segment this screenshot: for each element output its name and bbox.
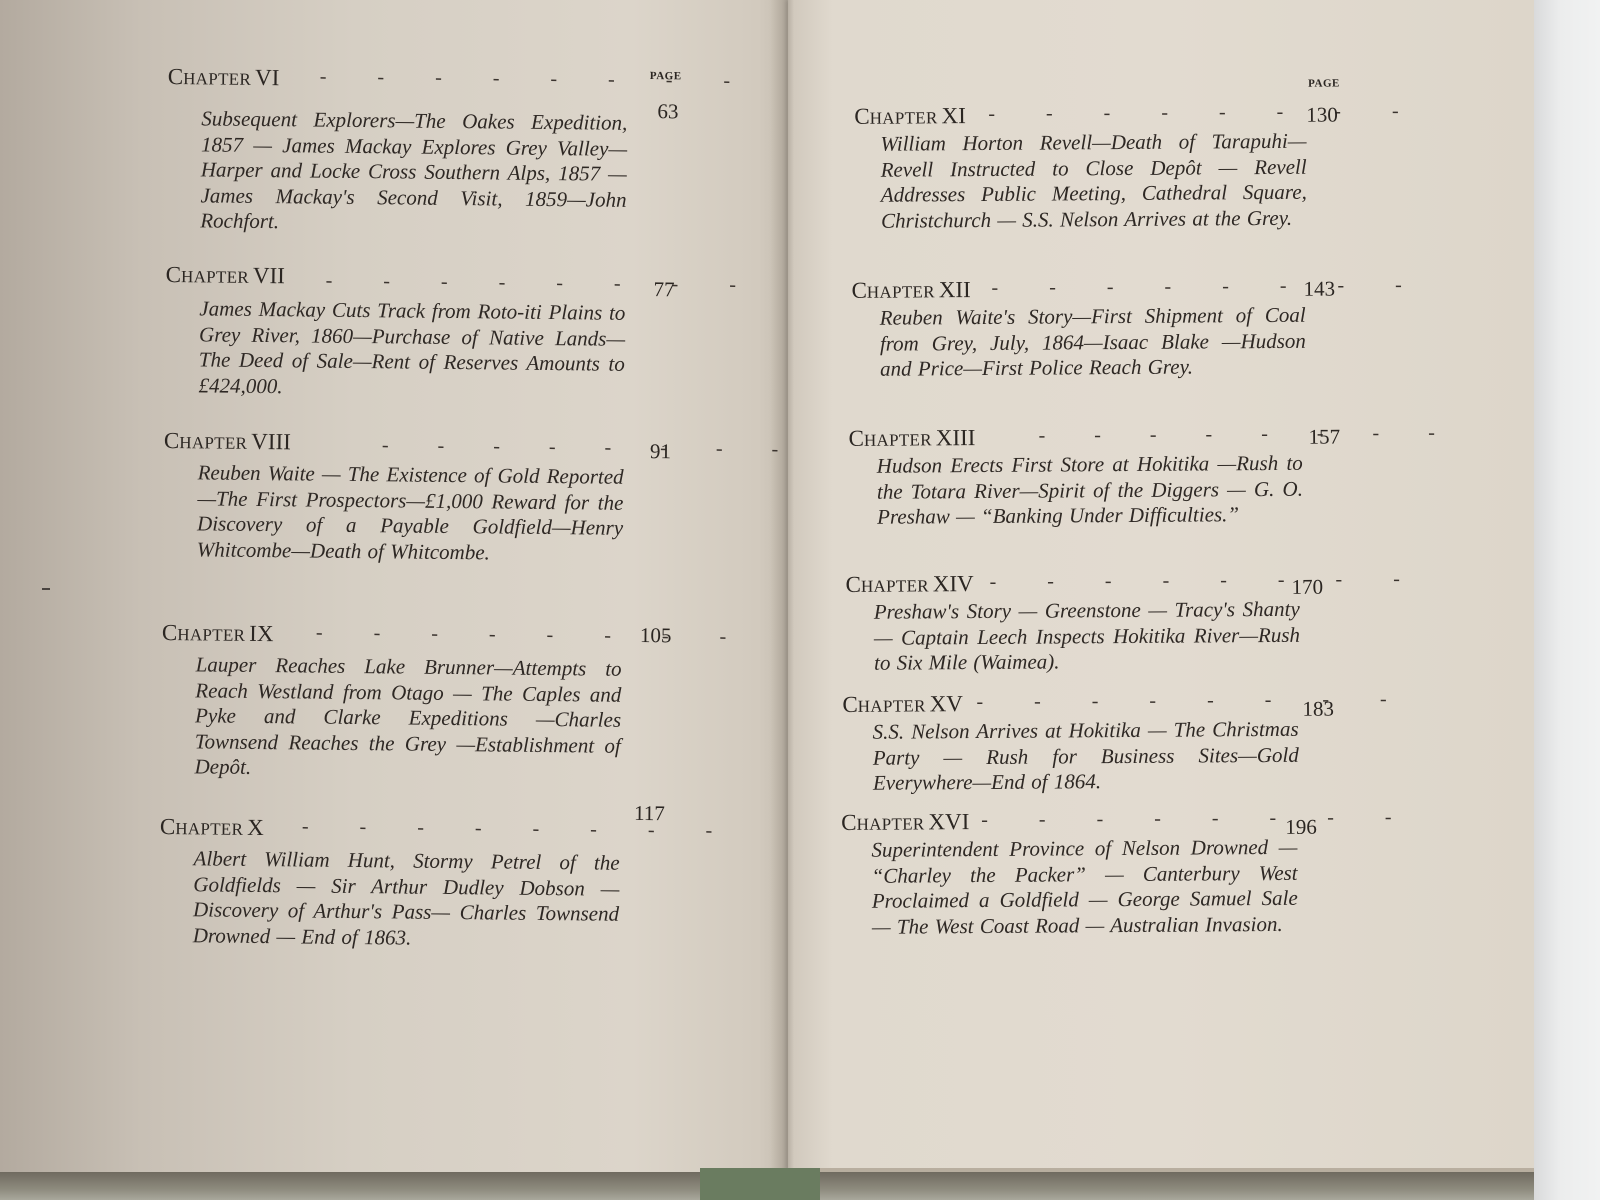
toc-entry-chapter-xiv[interactable]: CHAPTERXIV - - - - - - - - 170 Preshaw's…	[845, 568, 1366, 676]
book-gutter	[770, 0, 794, 1170]
toc-entry-chapter-xi[interactable]: CHAPTERXI - - - - - - - - 130 William Ho…	[854, 100, 1375, 234]
dot-leader: - - - - - - - -	[1038, 422, 1456, 448]
toc-entry-chapter-x[interactable]: CHAPTERX - - - - - - - - 117 Albert Will…	[159, 814, 680, 953]
dot-leader: - - - - - - - -	[981, 806, 1414, 832]
chapter-summary: Reuben Waite's Story—First Shipment of C…	[880, 303, 1307, 382]
chapter-heading: CHAPTERXVI	[841, 809, 969, 836]
chapter-summary: Superintendent Province of Nelson Drowne…	[871, 835, 1298, 940]
page-number: 91	[650, 439, 671, 464]
page-number: 157	[1308, 425, 1340, 450]
chapter-heading: CHAPTERXV	[842, 691, 963, 718]
chapter-heading: CHAPTERIX	[162, 620, 274, 647]
chapter-heading: CHAPTERXI	[854, 103, 966, 130]
page-column-label: PAGE	[1308, 74, 1340, 91]
chapter-heading: CHAPTERXIV	[845, 571, 973, 598]
page-number: 77	[653, 277, 674, 302]
toc-entry-chapter-ix[interactable]: CHAPTERIX - - - - - - - - 105 Lauper Rea…	[160, 620, 682, 785]
dot-leader: - - - - - - - -	[326, 270, 759, 298]
page-number: 117	[634, 801, 665, 826]
page-mark	[42, 588, 50, 590]
chapter-heading: CHAPTERVIII	[164, 428, 291, 455]
chapter-heading: CHAPTERVI	[168, 64, 280, 91]
chapter-summary: Hudson Erects First Store at Hokitika —R…	[877, 451, 1304, 530]
chapter-heading: CHAPTERVII	[166, 262, 285, 289]
page-number: 170	[1292, 575, 1324, 600]
chapter-summary: Subsequent Explorers—The Oakes Expeditio…	[200, 106, 627, 238]
toc-entry-chapter-xvi[interactable]: CHAPTERXVI - - - - - - - - 196 Superinte…	[841, 806, 1362, 940]
chapter-heading: CHAPTERXIII	[848, 425, 975, 452]
dot-leader: - - - - - - - -	[991, 274, 1424, 300]
dot-leader: - - - - - - - -	[988, 100, 1421, 126]
page-number: 63	[657, 99, 678, 124]
chapter-summary: Lauper Reaches Lake Brunner—Attempts to …	[194, 652, 621, 784]
toc-entry-chapter-xv[interactable]: CHAPTERXV - - - - - - - - 183 S.S. Nelso…	[842, 688, 1363, 796]
dot-leader: - - - - - - - -	[302, 815, 735, 843]
toc-entry-chapter-xiii[interactable]: CHAPTERXIII - - - - - - - - 157 Hudson E…	[848, 422, 1369, 530]
chapter-summary: S.S. Nelson Arrives at Hokitika — The Ch…	[873, 717, 1300, 796]
dot-leader: - - - - - - - -	[316, 622, 749, 650]
chapter-summary: James Mackay Cuts Track from Roto-iti Pl…	[198, 296, 625, 402]
page-number: 130	[1306, 103, 1338, 128]
chapter-summary: Reuben Waite — The Existence of Gold Rep…	[197, 460, 624, 566]
background-surface	[1534, 0, 1600, 1200]
page-number: 183	[1302, 697, 1334, 722]
toc-entry-chapter-viii[interactable]: CHAPTERVIII - - - - - - - - 91 Reuben Wa…	[163, 428, 684, 567]
book-cover-cloth	[700, 1168, 820, 1200]
toc-entry-chapter-xii[interactable]: CHAPTERXII - - - - - - - - 143 Reuben Wa…	[851, 274, 1372, 382]
chapter-heading: CHAPTERXII	[851, 277, 970, 304]
page-number: 196	[1285, 815, 1317, 840]
dot-leader: - - - - - - - -	[382, 434, 800, 461]
dot-leader: - - - - - - - -	[976, 688, 1409, 714]
chapter-summary: William Horton Revell—Death of Tarapuhi—…	[880, 129, 1307, 234]
toc-entry-chapter-vi[interactable]: CHAPTERVI - - - - - - - - 63 Subsequent …	[166, 64, 688, 239]
chapter-heading: CHAPTERX	[160, 814, 264, 841]
page-number: 143	[1303, 277, 1335, 302]
chapter-summary: Albert William Hunt, Stormy Petrel of th…	[193, 846, 620, 952]
toc-entry-chapter-vii[interactable]: CHAPTERVII - - - - - - - - 77 James Mack…	[164, 262, 685, 403]
page-number: 105	[640, 623, 672, 648]
dot-leader: - - - - - - - -	[989, 568, 1422, 594]
dot-leader: - - - - - - - -	[320, 66, 753, 94]
chapter-summary: Preshaw's Story — Greenstone — Tracy's S…	[874, 597, 1301, 676]
